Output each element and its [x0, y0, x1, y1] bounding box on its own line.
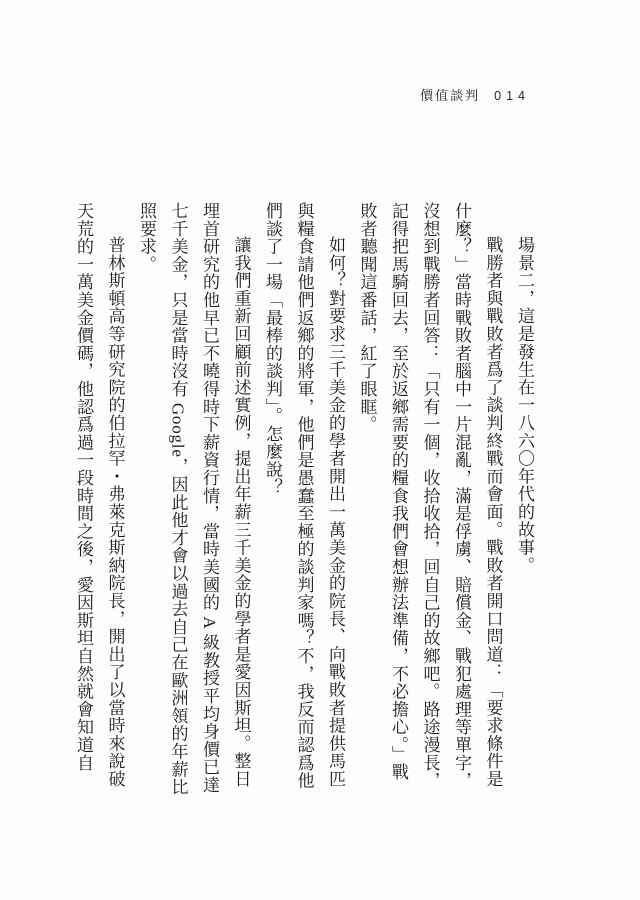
running-head: 價值談判 014: [420, 85, 530, 104]
paragraph-surrender-story: 戰勝者與戰敗者爲了談判終戰而會面。戰敗者開口問道：「要求條件是什麼？」當時戰敗者…: [351, 202, 509, 796]
page-number: 014: [494, 89, 530, 103]
book-title: 價值談判: [420, 85, 480, 104]
paragraph-einstein-salary: 讓我們重新回顧前述實例，提出年薪三千美金的學者是愛因斯坦。整日埋首研究的他早已不…: [131, 202, 257, 796]
paragraph-best-negotiation-question: 如何？對要求三千美金的學者開出一萬美金的院長、向戰敗者提供馬匹與糧食請他們返鄉的…: [257, 202, 352, 796]
article-body: 場景二，這是發生在一八六〇年代的故事。 戰勝者與戰敗者爲了談判終戰而會面。戰敗者…: [62, 202, 540, 796]
paragraph-scene-intro: 場景二，這是發生在一八六〇年代的故事。: [509, 202, 541, 796]
paragraph-flexner-offer: 普林斯頓高等研究院的伯拉罕・弗萊克斯納院長，開出了以當時來說破天荒的一萬美金價碼…: [68, 202, 131, 796]
book-page: 價值談判 014 場景二，這是發生在一八六〇年代的故事。 戰勝者與戰敗者爲了談判…: [0, 0, 640, 900]
